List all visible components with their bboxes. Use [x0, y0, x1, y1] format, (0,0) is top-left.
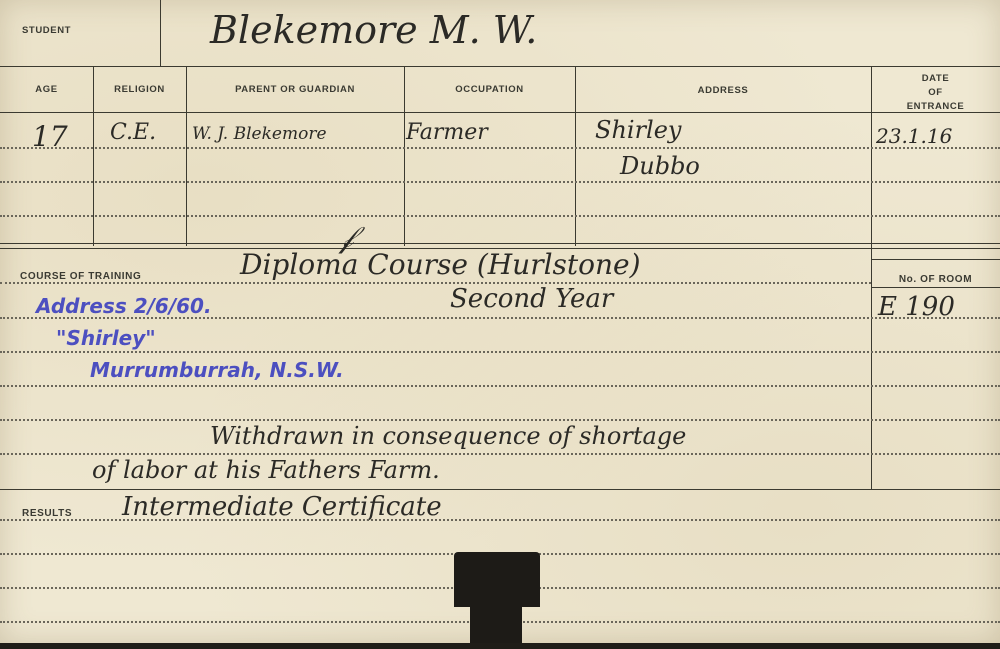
- date-label-line: OF: [871, 86, 1000, 100]
- column-header-occupation: OCCUPATION: [404, 84, 575, 95]
- remark-line-2: of labor at his Fathers Farm.: [92, 456, 440, 484]
- ruled-line: [0, 519, 1000, 521]
- results-label: RESULTS: [22, 508, 72, 519]
- index-card-notch: [454, 552, 540, 607]
- course-value-line-1: Diploma Course (Hurlstone): [240, 248, 641, 281]
- divider: [871, 287, 1000, 288]
- index-card-notch-stem: [470, 604, 522, 643]
- divider: [160, 0, 161, 66]
- divider: [0, 489, 1000, 490]
- student-name: Blekemore M. W.: [210, 8, 537, 52]
- annotation-address-date: Address 2/6/60.: [36, 294, 212, 318]
- column-header-date-of-entrance: DATE OF ENTRANCE: [871, 72, 1000, 114]
- remark-line-1: Withdrawn in consequence of shortage: [210, 422, 686, 450]
- ruled-line: [0, 385, 1000, 387]
- ruled-line: [0, 147, 1000, 149]
- date-label-line: ENTRANCE: [871, 100, 1000, 114]
- divider: [0, 66, 1000, 67]
- room-number-label: No. OF ROOM: [871, 274, 1000, 285]
- room-number-value: E 190: [878, 292, 955, 322]
- ruled-line: [0, 419, 1000, 421]
- ruled-line: [0, 453, 1000, 455]
- ruled-line: [0, 351, 1000, 353]
- divider: [871, 259, 1000, 260]
- course-of-training-label: COURSE OF TRAINING: [20, 271, 141, 282]
- column-header-religion: RELIGION: [93, 84, 186, 95]
- annotation-address-town: Murrumburrah, N.S.W.: [90, 358, 344, 382]
- column-header-address: ADDRESS: [575, 85, 871, 96]
- date-label-line: DATE: [871, 72, 1000, 86]
- column-header-age: AGE: [0, 84, 93, 95]
- column-header-parent: PARENT OR GUARDIAN: [186, 84, 404, 95]
- ruled-line: [0, 282, 871, 284]
- parent-value: W. J. Blekemore: [192, 124, 327, 144]
- annotation-address-name: "Shirley": [56, 326, 156, 350]
- ruled-line: [0, 215, 1000, 217]
- age-value: 17: [32, 120, 68, 153]
- course-value-line-2: Second Year: [450, 284, 613, 314]
- occupation-value: Farmer: [406, 120, 488, 145]
- address-line-1: Shirley: [595, 116, 681, 144]
- address-line-2: Dubbo: [620, 152, 700, 180]
- ruled-line: [0, 181, 1000, 183]
- divider: [0, 112, 1000, 113]
- student-label: STUDENT: [22, 25, 71, 36]
- date-of-entrance-value: 23.1.16: [876, 124, 952, 148]
- divider: [0, 243, 1000, 244]
- student-record-card: STUDENT Blekemore M. W. AGE RELIGION PAR…: [0, 0, 1000, 643]
- religion-value: C.E.: [110, 120, 156, 145]
- results-value: Intermediate Certificate: [122, 492, 442, 522]
